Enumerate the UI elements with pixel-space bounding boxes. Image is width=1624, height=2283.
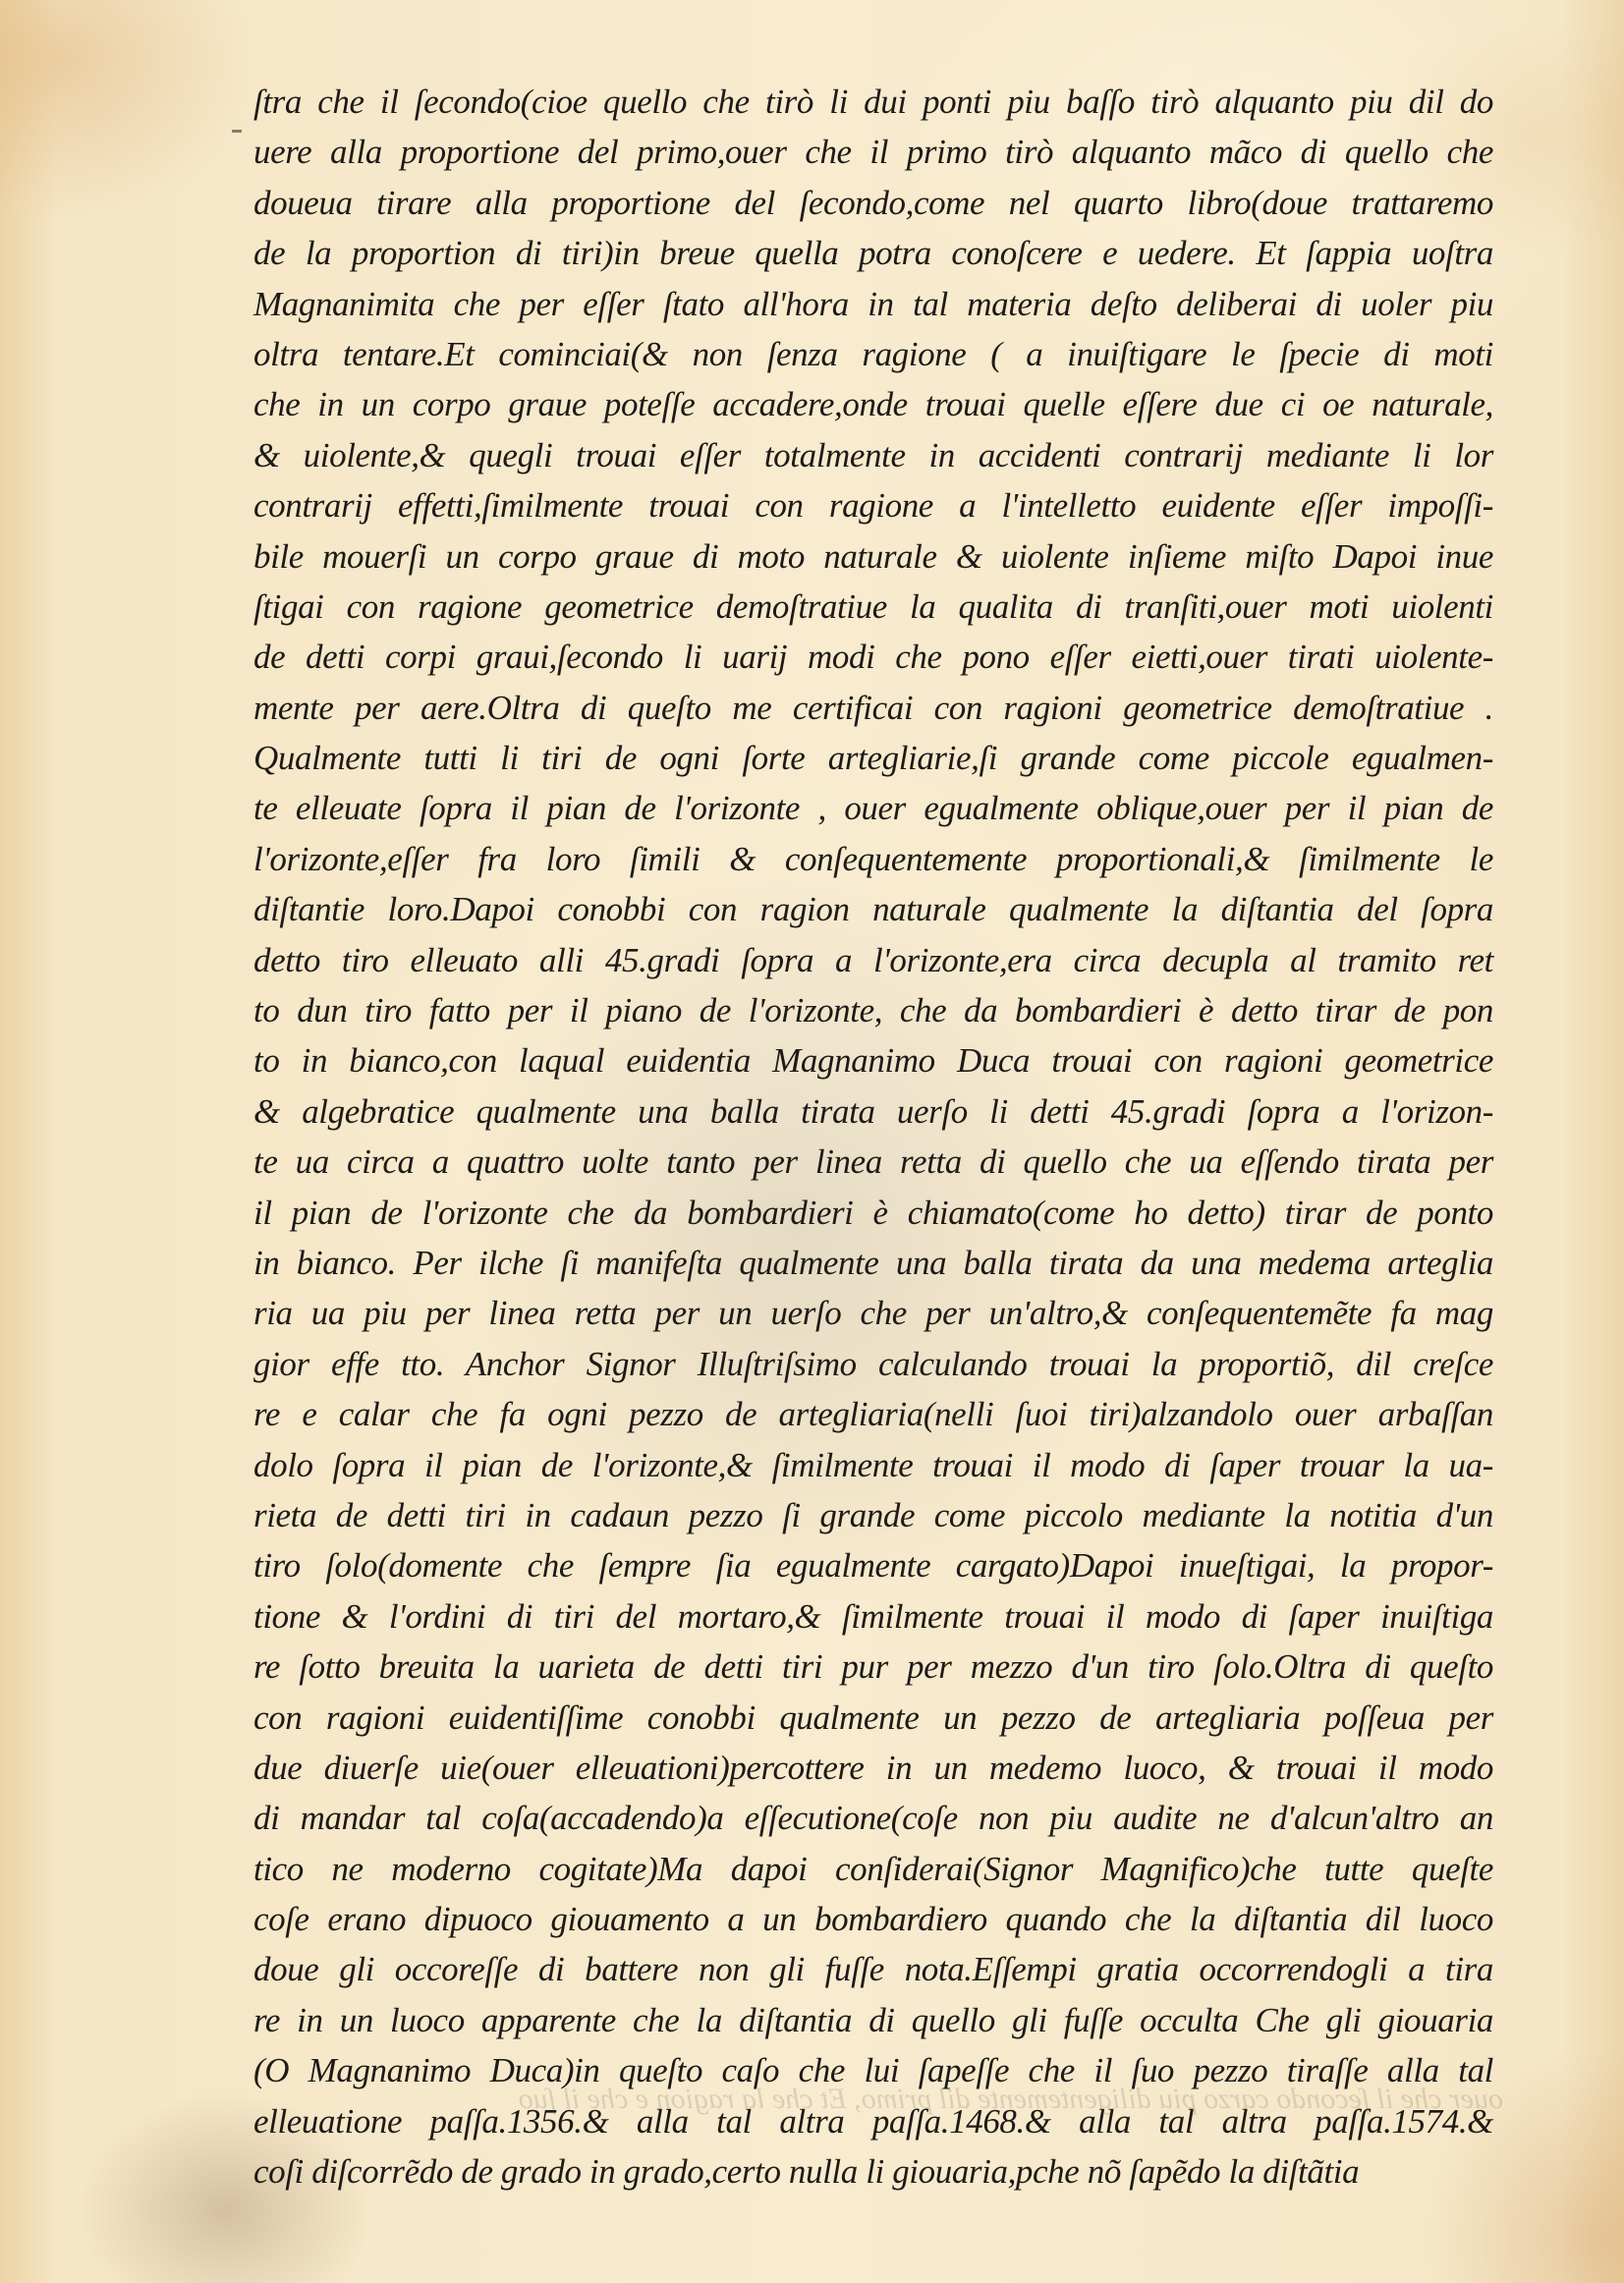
text-line-4: de la proportion di tiri)in breue quella… — [253, 228, 1493, 278]
text-line-1: ſtra che il ſecondo(cioe quello che tirò… — [253, 77, 1493, 127]
text-line-28: dolo ſopra il pian de l'orizonte,& ſimil… — [253, 1440, 1493, 1490]
text-line-12: de detti corpi graui,ſecondo li uarij mo… — [253, 632, 1493, 682]
document-page: ſtra che il ſecondo(cioe quello che tirò… — [0, 0, 1624, 2283]
text-line-20: to in bianco,con laqual euidentia Magnan… — [253, 1035, 1493, 1086]
text-line-21: & algebratice qualmente una balla tirata… — [253, 1086, 1493, 1137]
text-line-23: il pian de l'orizonte che da bombardieri… — [253, 1188, 1493, 1238]
text-line-42: coſi diſcorrẽdo de grado in grado,certo … — [253, 2146, 1493, 2197]
text-line-35: di mandar tal coſa(accadendo)a eſſecutio… — [253, 1793, 1493, 1843]
text-line-25: ria ua piu per linea retta per un uerſo … — [253, 1288, 1493, 1338]
text-line-16: l'orizonte,eſſer fra loro ſimili & conſe… — [253, 834, 1493, 884]
text-line-26: gior effe tto. Anchor Signor Illuſtriſsi… — [253, 1339, 1493, 1389]
text-line-14: Qualmente tutti li tiri de ogni ſorte ar… — [253, 733, 1493, 783]
text-line-11: ſtigai con ragione geometrice demoſtrati… — [253, 582, 1493, 632]
text-line-38: doue gli occoreſſe di battere non gli fu… — [253, 1944, 1493, 1994]
text-line-27: re e calar che fa ogni pezzo de arteglia… — [253, 1389, 1493, 1439]
text-line-7: che in un corpo graue poteſſe accadere,o… — [253, 379, 1493, 429]
text-line-9: contrarij effetti,ſimilmente trouai con … — [253, 480, 1493, 530]
text-line-30: tiro ſolo(domente che ſempre ſia egualme… — [253, 1540, 1493, 1590]
text-line-19: to dun tiro fatto per il piano de l'oriz… — [253, 985, 1493, 1035]
body-text: ſtra che il ſecondo(cioe quello che tirò… — [253, 77, 1493, 2197]
text-line-34: due diuerſe uie(ouer elleuationi)percott… — [253, 1743, 1493, 1793]
text-line-3: doueua tirare alla proportione del ſecon… — [253, 178, 1493, 228]
margin-mark — [232, 130, 242, 133]
bleed-through-text: ouer che il ſecondo carzo piu diligentem… — [226, 2083, 1503, 2116]
text-line-33: con ragioni euidentiſſime conobbi qualme… — [253, 1693, 1493, 1743]
text-line-10: bile mouerſi un corpo graue di moto natu… — [253, 531, 1493, 582]
text-line-36: tico ne moderno cogitate)Ma dapoi conſid… — [253, 1844, 1493, 1894]
text-line-39: re in un luoco apparente che la diſtanti… — [253, 1995, 1493, 2045]
text-line-6: oltra tentare.Et cominciai(& non ſenza r… — [253, 329, 1493, 379]
text-line-13: mente per aere.Oltra di queſto me certif… — [253, 683, 1493, 733]
text-line-31: tione & l'ordini di tiri del mortaro,& ſ… — [253, 1591, 1493, 1642]
text-line-15: te elleuate ſopra il pian de l'orizonte … — [253, 783, 1493, 833]
text-line-18: detto tiro elleuato alli 45.gradi ſopra … — [253, 935, 1493, 985]
text-line-2: uere alla proportione del primo,ouer che… — [253, 127, 1493, 177]
text-line-17: diſtantie loro.Dapoi conobbi con ragion … — [253, 884, 1493, 934]
text-line-22: te ua circa a quattro uolte tanto per li… — [253, 1137, 1493, 1187]
text-line-5: Magnanimita che per eſſer ſtato all'hora… — [253, 279, 1493, 329]
text-line-32: re ſotto breuita la uarieta de detti tir… — [253, 1642, 1493, 1692]
text-line-24: in bianco. Per ilche ſi manifeſta qualme… — [253, 1238, 1493, 1288]
text-line-29: rieta de detti tiri in cadaun pezzo ſi g… — [253, 1490, 1493, 1540]
text-line-37: coſe erano dipuoco giouamento a un bomba… — [253, 1894, 1493, 1944]
text-line-8: & uiolente,& quegli trouai eſſer totalme… — [253, 430, 1493, 480]
